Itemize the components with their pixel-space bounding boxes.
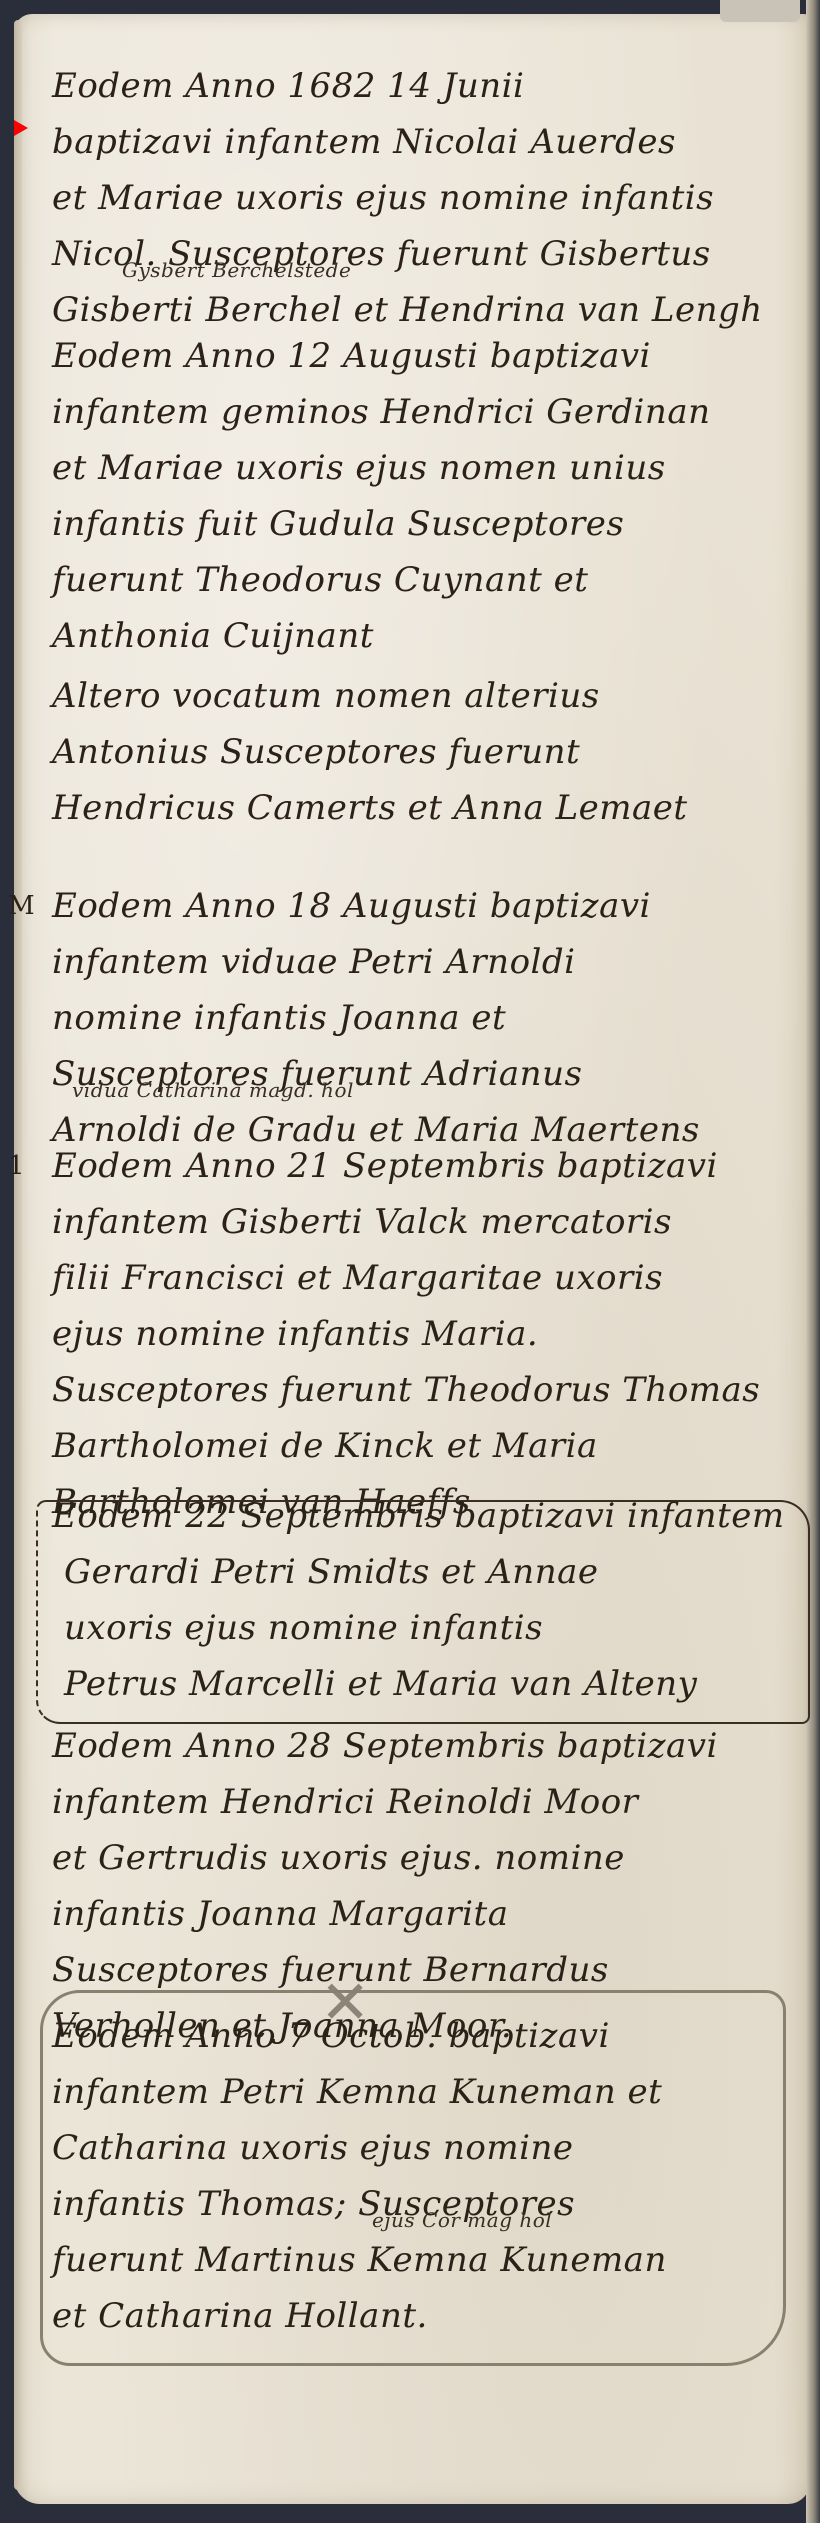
register-entry-4: M Eodem Anno 18 Augusti baptizavi infant… — [52, 878, 792, 1158]
entry-line: Eodem Anno 18 Augusti baptizavi — [52, 878, 792, 934]
entry-line: Eodem Anno 21 Septembris baptizavi — [52, 1138, 792, 1194]
entry-line: Eodem 22 Septembris baptizavi infantem — [52, 1488, 792, 1544]
entry-line: Susceptores fuerunt Theodorus Thomas — [52, 1362, 792, 1418]
page-tab — [720, 0, 800, 22]
entry-line: Eodem Anno 7 Octob. baptizavi — [52, 2008, 792, 2064]
entry-line: baptizavi infantem Nicolai Auerdes — [52, 114, 792, 170]
entry-line: et Mariae uxoris ejus nomine infantis — [52, 170, 792, 226]
register-entry-6: Eodem 22 Septembris baptizavi infantem G… — [52, 1488, 792, 1712]
entry-line: Eodem Anno 12 Augusti baptizavi — [52, 328, 792, 384]
entry-line: et Mariae uxoris ejus nomen unius — [52, 440, 792, 496]
margin-note: 1 — [8, 1138, 25, 1194]
register-entry-3: Altero vocatum nomen alterius Antonius S… — [52, 668, 792, 836]
entry-line: infantem viduae Petri Arnoldi — [52, 934, 792, 990]
entry-line: infantem Petri Kemna Kuneman et — [52, 2064, 792, 2120]
entry-line: Bartholomei de Kinck et Maria — [52, 1418, 792, 1474]
entry-line: Eodem Anno 1682 14 Junii — [52, 58, 792, 114]
blank-page-area — [40, 2330, 780, 2480]
register-entry-5: 1 Eodem Anno 21 Septembris baptizavi inf… — [52, 1138, 792, 1530]
entry-line: uxoris ejus nomine infantis — [52, 1600, 792, 1656]
margin-note: M — [8, 878, 35, 934]
entry-line: infantem geminos Hendrici Gerdinan — [52, 384, 792, 440]
entry-line: infantem Hendrici Reinoldi Moor — [52, 1774, 792, 1830]
entry-line: Eodem Anno 28 Septembris baptizavi — [52, 1718, 792, 1774]
entry-line: Petrus Marcelli et Maria van Alteny — [52, 1656, 792, 1712]
entry-line: ejus nomine infantis Maria. — [52, 1306, 792, 1362]
entry-line: Antonius Susceptores fuerunt — [52, 724, 792, 780]
entry-line: infantis Joanna Margarita — [52, 1886, 792, 1942]
entry-line: fuerunt Martinus Kemna Kuneman — [52, 2232, 792, 2288]
entry-line: filii Francisci et Margaritae uxoris — [52, 1250, 792, 1306]
interlinear-insert: ejus Cor mag hol — [52, 2210, 792, 2230]
entry-line: infantem Gisberti Valck mercatoris — [52, 1194, 792, 1250]
book-binding — [806, 0, 820, 2523]
entry-line: et Gertrudis uxoris ejus. nomine — [52, 1830, 792, 1886]
entry-line: Altero vocatum nomen alterius — [52, 668, 792, 724]
entry-line: Catharina uxoris ejus nomine — [52, 2120, 792, 2176]
entry-line: Gerardi Petri Smidts et Annae — [52, 1544, 792, 1600]
entry-line: Hendricus Camerts et Anna Lemaet — [52, 780, 792, 836]
entry-line: fuerunt Theodorus Cuynant et — [52, 552, 792, 608]
page-edge — [14, 20, 22, 2490]
interlinear-insert: Gysbert Berchelstede — [52, 260, 792, 280]
entry-line: Anthonia Cuijnant — [52, 608, 792, 664]
register-entry-8: Eodem Anno 7 Octob. baptizavi infantem P… — [52, 2008, 792, 2344]
entry-line: nomine infantis Joanna et — [52, 990, 792, 1046]
entry-line: infantis fuit Gudula Susceptores — [52, 496, 792, 552]
register-entry-2: Eodem Anno 12 Augusti baptizavi infantem… — [52, 328, 792, 664]
register-entry-1: Eodem Anno 1682 14 Junii baptizavi infan… — [52, 58, 792, 338]
red-marker-arrow-icon — [14, 120, 28, 136]
interlinear-insert: vidua Catharina magd. hol — [52, 1080, 792, 1100]
